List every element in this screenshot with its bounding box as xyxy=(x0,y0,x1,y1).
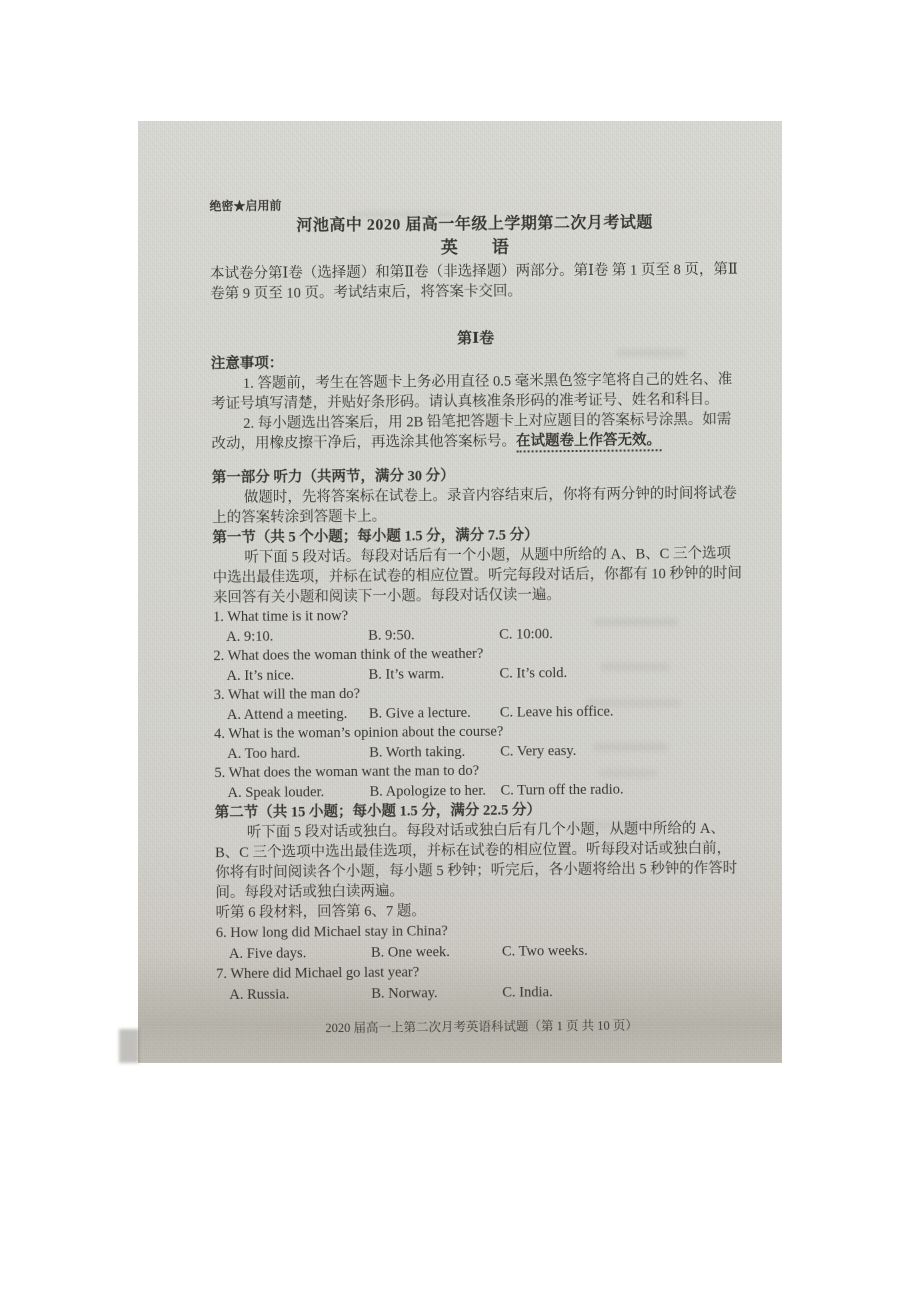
option-c: C. Leave his office. xyxy=(500,701,744,723)
option-c: C. Very easy. xyxy=(500,740,744,762)
option-b: B. One week. xyxy=(371,941,502,963)
exam-subject: 英 语 xyxy=(210,234,740,262)
section1-instructions: 听下面 5 段对话。每段对话后有一个小题，从题中所给的 A、B、C 三个选项中选… xyxy=(212,544,743,609)
question-4: 4. What is the woman’s opinion about the… xyxy=(214,721,744,765)
question-number: 2. xyxy=(213,648,224,664)
scanned-exam-page: 绝密★启用前 河池高中 2020 届高一年级上学期第二次月考试题 英 语 本试卷… xyxy=(138,121,782,1063)
option-b: B. Give a lecture. xyxy=(369,703,500,724)
option-a: A. 9:10. xyxy=(226,626,368,647)
section1-questions: 1. What time is it now? A. 9:10. B. 9:50… xyxy=(213,604,745,804)
question-number: 6. xyxy=(216,925,227,941)
option-b: B. Worth taking. xyxy=(369,742,500,763)
notice-item-2-emphasis: 在试题卷上作答无效。 xyxy=(516,432,661,452)
question-number: 1. xyxy=(213,609,224,625)
option-b: B. Norway. xyxy=(371,982,502,1004)
question-text: What is the woman’s opinion about the co… xyxy=(228,724,503,742)
question-number: 5. xyxy=(214,765,225,781)
question-text: How long did Michael stay in China? xyxy=(230,923,448,941)
option-b: B. 9:50. xyxy=(368,625,499,646)
option-c: C. 10:00. xyxy=(499,623,743,645)
option-c: C. It’s cold. xyxy=(499,662,743,684)
question-number: 7. xyxy=(216,966,227,982)
option-c: C. Two weeks. xyxy=(502,939,746,962)
question-3: 3. What will the man do? A. Attend a mee… xyxy=(214,682,744,726)
exam-page-content: 绝密★启用前 河池高中 2020 届高一年级上学期第二次月考试题 英 语 本试卷… xyxy=(138,121,782,1063)
option-a: A. Russia. xyxy=(229,983,371,1005)
question-text: What does the woman think of the weather… xyxy=(228,646,484,664)
question-5: 5. What does the woman want the man to d… xyxy=(214,760,744,804)
notice-item-2: 2. 每小题选出答案后，用 2B 铅笔把答题卡上对应题目的答案标号涂黑。如需改动… xyxy=(211,410,741,455)
question-number: 3. xyxy=(214,687,225,703)
paper-edge-shadow xyxy=(119,1029,139,1063)
question-6: 6. How long did Michael stay in China? A… xyxy=(216,919,746,965)
section2-questions: 6. How long did Michael stay in China? A… xyxy=(216,919,747,1006)
question-text: What will the man do? xyxy=(228,686,360,703)
page-footer: 2020 届高一上第二次月考英语科试题（第 1 页 共 10 页） xyxy=(217,1017,747,1039)
section2-instructions: 听下面 5 段对话或独白。每段对话或独白后有几个小题，从题中所给的 A、B、C … xyxy=(215,819,746,904)
question-number: 4. xyxy=(214,726,225,742)
question-text: What does the woman want the man to do? xyxy=(229,763,480,781)
secrecy-label: 绝密★启用前 xyxy=(209,195,739,215)
option-a: A. Too hard. xyxy=(227,743,369,764)
listening-part-note: 做题时，先将答案标在试卷上。录音内容结束后，你将有两分钟的时间将试卷上的答案转涂… xyxy=(212,484,742,529)
question-text: Where did Michael go last year? xyxy=(230,964,419,982)
exam-intro-paragraph: 本试卷分第Ⅰ卷（选择题）和第Ⅱ卷（非选择题）两部分。第Ⅰ卷 第 1 页至 8 页… xyxy=(210,260,740,305)
option-a: A. Speak louder. xyxy=(227,782,369,803)
option-b: B. Apologize to her. xyxy=(369,781,500,802)
question-text: What time is it now? xyxy=(227,608,348,625)
option-c: C. Turn off the radio. xyxy=(500,779,744,801)
option-b: B. It’s warm. xyxy=(368,664,499,685)
question-2: 2. What does the woman think of the weat… xyxy=(213,643,743,687)
question-7: 7. Where did Michael go last year? A. Ru… xyxy=(216,960,746,1006)
volume-heading: 第Ⅰ卷 xyxy=(211,327,741,352)
question-1: 1. What time is it now? A. 9:10. B. 9:50… xyxy=(213,604,743,648)
notice-item-1: 1. 答题前，考生在答题卡上务必用直径 0.5 毫米黑色签字笔将自己的姓名、准考… xyxy=(211,370,741,415)
option-a: A. Five days. xyxy=(229,942,371,964)
option-a: A. Attend a meeting. xyxy=(227,704,369,725)
option-c: C. India. xyxy=(502,980,746,1003)
option-a: A. It’s nice. xyxy=(226,665,368,686)
question-options: A. Russia. B. Norway. C. India. xyxy=(216,980,746,1005)
